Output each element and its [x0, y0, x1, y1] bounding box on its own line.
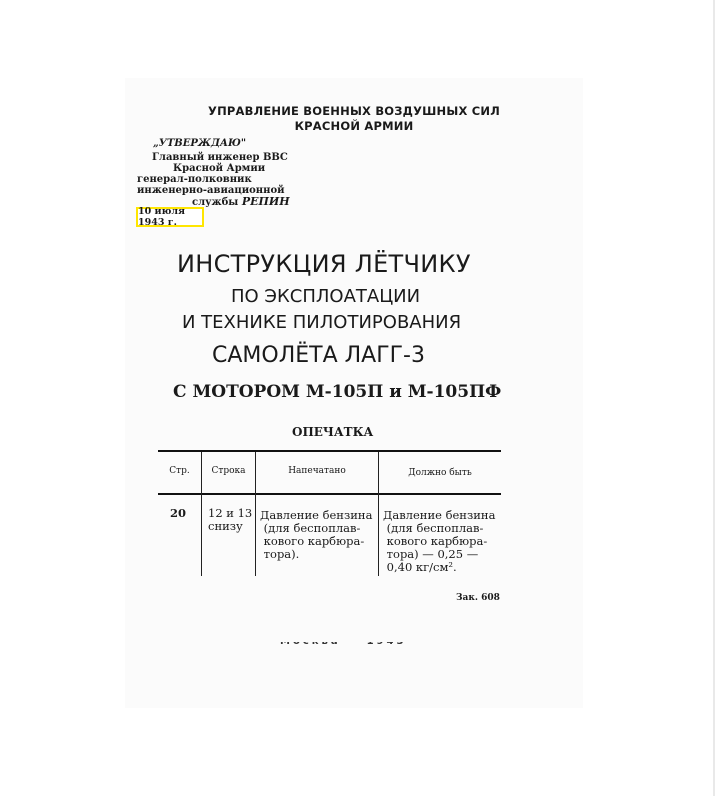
- title-line-1: ИНСТРУКЦИЯ ЛЁТЧИКУ: [177, 250, 471, 278]
- table-header-rule: [158, 493, 501, 495]
- title-line-5: С МОТОРОМ М-105П и М-105ПФ: [173, 382, 501, 402]
- title-line-2: ПО ЭКСПЛОАТАЦИИ: [231, 286, 420, 307]
- title-line-4: САМОЛЁТА ЛАГГ-3: [212, 343, 425, 368]
- approval-stamp: „УТВЕРЖДАЮ": [153, 138, 246, 150]
- footer-imprint-cut: Москва — 1943: [280, 636, 406, 647]
- order-number: Зак. 608: [456, 593, 500, 603]
- row-printed: Давление бензина (для беспоплав- кового …: [260, 509, 372, 561]
- column-header-printed: Напечатано: [256, 466, 378, 476]
- approval-date: 10 июля 1943 г.: [138, 206, 202, 228]
- approval-line-5: службы РЕПИН: [192, 196, 290, 209]
- title-line-3: И ТЕХНИКЕ ПИЛОТИРОВАНИЯ: [182, 312, 461, 333]
- approval-line-1: Главный инженер ВВС: [152, 152, 288, 164]
- approval-date-highlight: 10 июля 1943 г.: [136, 207, 204, 227]
- errata-heading: ОПЕЧАТКА: [292, 425, 373, 439]
- signatory-name: РЕПИН: [242, 195, 290, 208]
- table-top-rule: [158, 450, 501, 452]
- approval-line-2: Красной Армии: [173, 163, 265, 175]
- approval-line-3: генерал-полковник: [137, 174, 252, 186]
- column-header-should-be: Должно быть: [379, 468, 501, 478]
- header-line-1: УПРАВЛЕНИЕ ВОЕННЫХ ВОЗДУШНЫХ СИЛ: [125, 104, 583, 118]
- column-header-page: Стр.: [158, 466, 201, 476]
- row-line: 12 и 13 снизу: [208, 507, 252, 533]
- column-header-line: Строка: [202, 466, 255, 476]
- row-page: 20: [170, 507, 186, 520]
- header-line-2: КРАСНОЙ АРМИИ: [125, 119, 583, 133]
- row-should-be: Давление бензина (для беспоплав- кового …: [383, 509, 495, 574]
- scanned-page: УПРАВЛЕНИЕ ВОЕННЫХ ВОЗДУШНЫХ СИЛ КРАСНОЙ…: [125, 78, 583, 708]
